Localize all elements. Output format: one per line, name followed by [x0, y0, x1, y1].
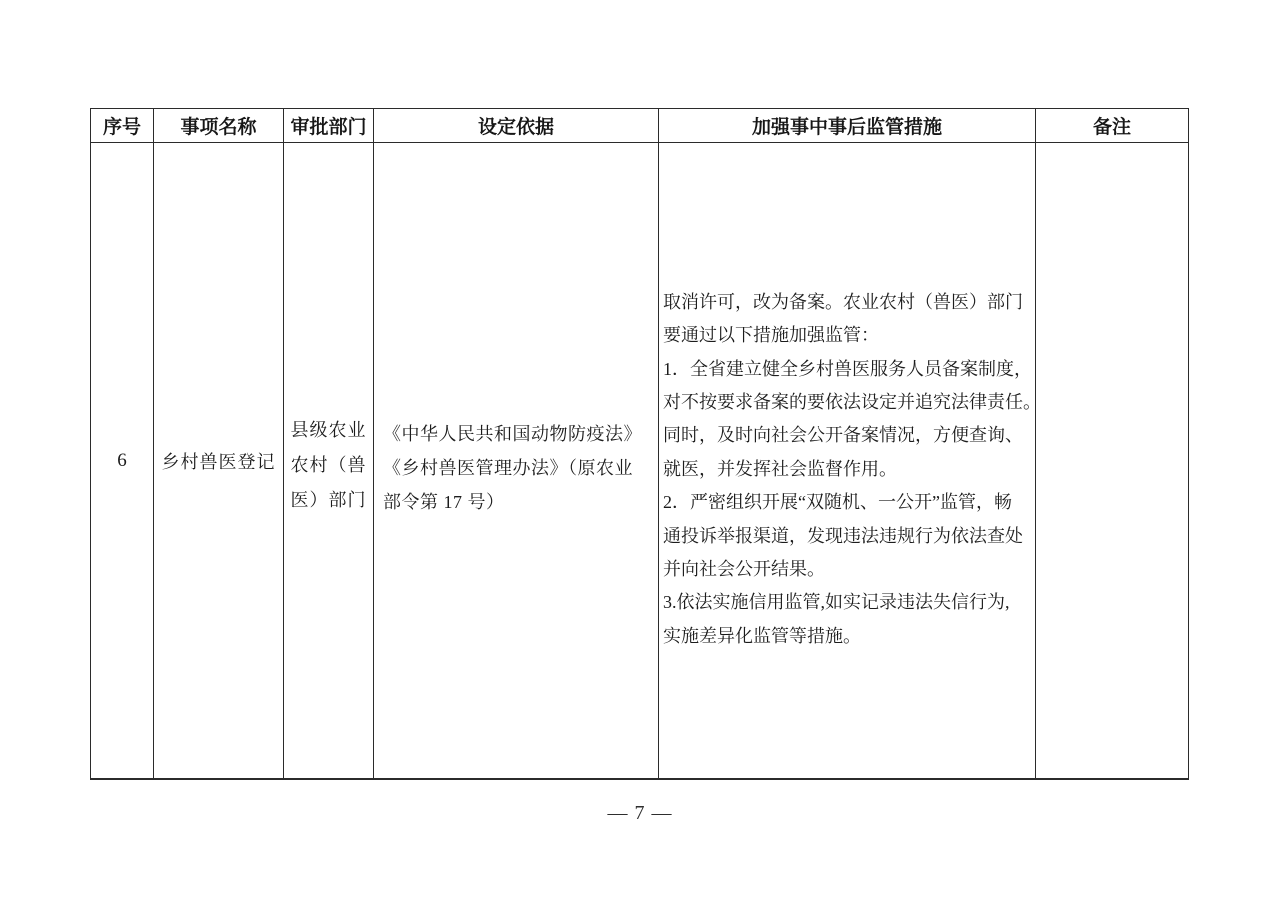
header-approval-dept: 审批部门	[284, 109, 374, 143]
header-supervision-measures: 加强事中事后监管措施	[659, 109, 1036, 143]
cell-item-name: 乡村兽医登记	[154, 143, 284, 780]
table-header-row: 序号 事项名称 审批部门 设定依据 加强事中事后监管措施 备注	[91, 109, 1189, 143]
cell-legal-basis: 《中华人民共和国动物防疫法》 《乡村兽医管理办法》（原农业 部令第 17 号）	[374, 143, 659, 780]
supervision-measures-text: 取消许可，改为备案。农业农村（兽医）部门 要通过以下措施加强监管： 1．全省建立…	[659, 268, 1035, 653]
cell-seq: 6	[91, 143, 154, 780]
legal-basis-text: 《中华人民共和国动物防疫法》 《乡村兽医管理办法》（原农业 部令第 17 号）	[374, 403, 658, 519]
header-remarks: 备注	[1036, 109, 1189, 143]
page-number: — 7 —	[0, 802, 1280, 832]
approval-dept-text: 县级农业 农村（兽 医）部门	[284, 403, 373, 518]
document-page: 序号 事项名称 审批部门 设定依据 加强事中事后监管措施 备注 6 乡村兽医登记…	[0, 0, 1280, 905]
table-row: 6 乡村兽医登记 县级农业 农村（兽 医）部门 《中华人民共和国动物防疫法》 《…	[91, 143, 1189, 780]
cell-supervision-measures: 取消许可，改为备案。农业农村（兽医）部门 要通过以下措施加强监管： 1．全省建立…	[659, 143, 1036, 780]
header-legal-basis: 设定依据	[374, 109, 659, 143]
header-item-name: 事项名称	[154, 109, 284, 143]
supervision-items-table: 序号 事项名称 审批部门 设定依据 加强事中事后监管措施 备注 6 乡村兽医登记…	[90, 108, 1189, 780]
header-seq: 序号	[91, 109, 154, 143]
cell-approval-dept: 县级农业 农村（兽 医）部门	[284, 143, 374, 780]
cell-remarks	[1036, 143, 1189, 780]
